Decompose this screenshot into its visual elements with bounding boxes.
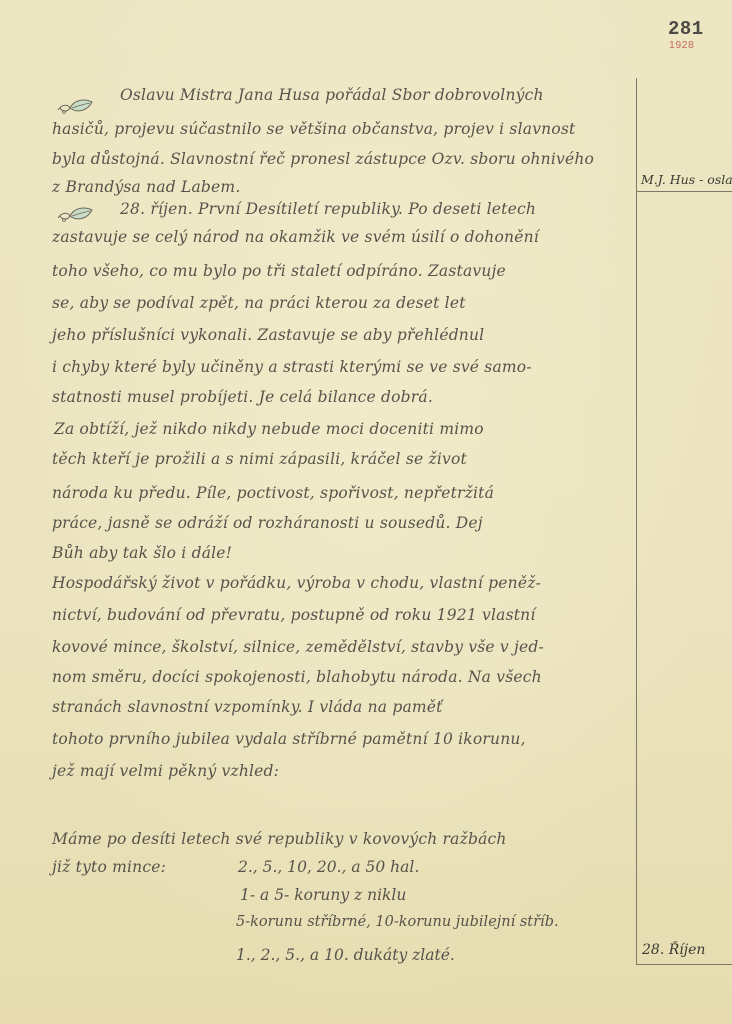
text-line: Za obtíží, jež nikdo nikdy nebude moci d… — [54, 420, 484, 438]
text-line: národa ku předu. Píle, poctivost, spořiv… — [52, 484, 494, 502]
page-number: 281 — [668, 18, 704, 40]
text-line: tohoto prvního jubilea vydala stříbrné p… — [52, 730, 526, 748]
text-line: již tyto mince: — [52, 858, 166, 876]
margin-rule-october — [636, 964, 732, 965]
text-line: stranách slavnostní vzpomínky. I vláda n… — [52, 698, 443, 716]
margin-rule-hus — [636, 191, 732, 192]
coin-list-item: 2., 5., 10, 20., a 50 hal. — [238, 858, 419, 876]
text-line: Hospodářský život v pořádku, výroba v ch… — [52, 574, 541, 592]
text-line: jež mají velmi pěkný vzhled: — [52, 762, 279, 780]
text-line: Bůh aby tak šlo i dále! — [52, 544, 232, 562]
leaf-ornament-icon — [56, 204, 96, 226]
margin-vertical-rule — [636, 78, 637, 964]
text-line: práce, jasně se odráží od rozháranosti u… — [52, 514, 483, 532]
text-line: nictví, budování od převratu, postupně o… — [52, 606, 536, 624]
text-line: byla důstojná. Slavnostní řeč pronesl zá… — [52, 150, 594, 168]
text-line: jeho příslušníci vykonali. Zastavuje se … — [52, 326, 484, 344]
coin-list-item: 1- a 5- koruny z niklu — [240, 886, 406, 904]
text-line: těch kteří je prožili a s nimi zápasili,… — [52, 450, 467, 468]
text-line: kovové mince, školství, silnice, zeměděl… — [52, 638, 544, 656]
text-line: statnosti musel probíjeti. Je celá bilan… — [52, 388, 433, 406]
coin-list-item: 5-korunu stříbrné, 10-korunu jubilejní s… — [236, 914, 559, 930]
coin-list-item: 1., 2., 5., a 10. dukáty zlaté. — [236, 946, 455, 964]
text-line: Oslavu Mistra Jana Husa pořádal Sbor dob… — [120, 86, 544, 104]
text-line: hasičů, projevu súčastnilo se většina ob… — [52, 120, 575, 138]
text-line: z Brandýsa nad Labem. — [52, 178, 240, 196]
text-line: nom směru, docíci spokojenosti, blahobyt… — [52, 668, 542, 686]
margin-note-hus: M.J. Hus - oslava — [641, 172, 732, 187]
text-line: toho všeho, co mu bylo po tři staletí od… — [52, 262, 506, 280]
text-line: se, aby se podíval zpět, na práci kterou… — [52, 294, 466, 312]
leaf-ornament-icon — [56, 96, 96, 118]
text-line: i chyby které byly učiněny a strasti kte… — [52, 358, 532, 376]
text-line: Máme po desíti letech své republiky v ko… — [52, 830, 507, 848]
margin-note-october: 28. Říjen — [642, 942, 705, 958]
text-line: 28. říjen. První Desítiletí republiky. P… — [120, 200, 536, 218]
page-year-stamp: 1928 — [669, 39, 694, 51]
text-line: zastavuje se celý národ na okamžik ve sv… — [52, 228, 539, 246]
